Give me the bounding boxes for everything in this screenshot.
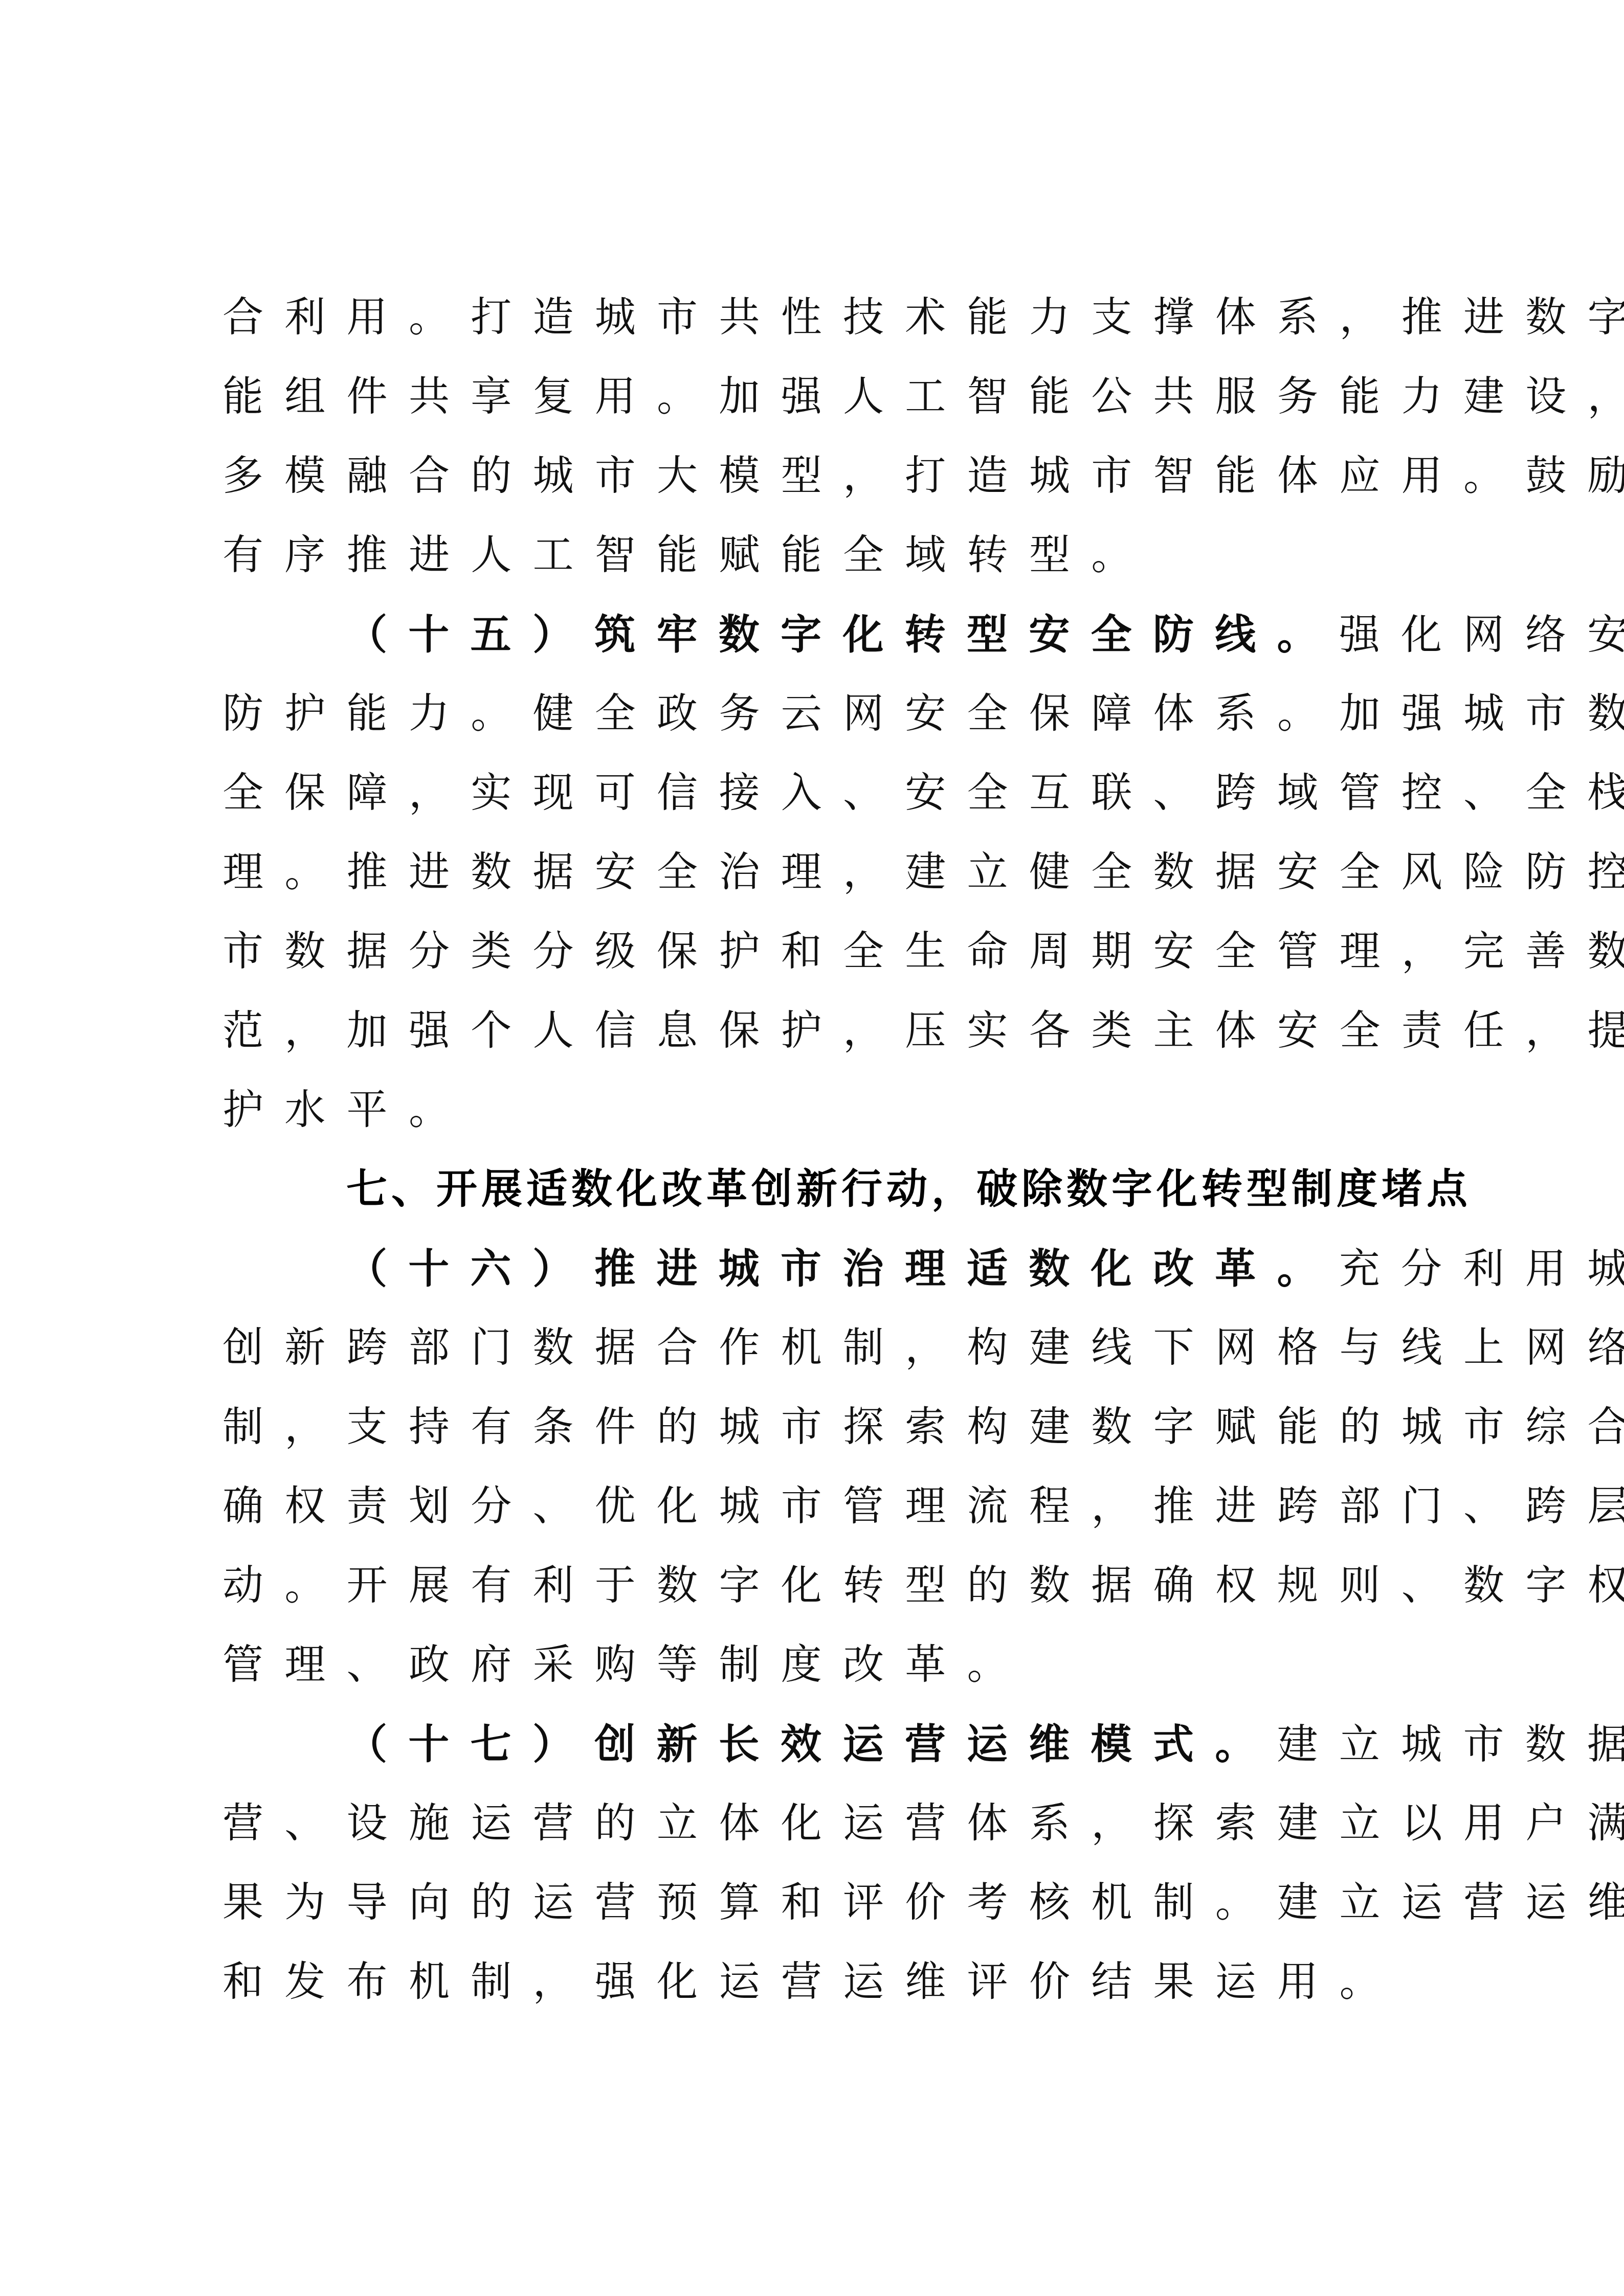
body-line: 确权责划分、优化城市管理流程，推进跨部门、跨层级高效协同联 [223,1480,1624,1532]
body-line: 创新跨部门数据合作机制，构建线下网格与线上网络联动协同机 [223,1322,1624,1373]
body-line: 动。开展有利于数字化转型的数据确权规则、数字权证应用、行政 [223,1560,1624,1611]
body-line: 合利用。打造城市共性技术能力支撑体系，推进数字孪生等共性功 [223,291,1624,343]
body-line: 和发布机制，强化运营运维评价结果运用。 [223,1956,1401,2007]
body-line: 能组件共享复用。加强人工智能公共服务能力建设，探索集约构建 [223,371,1624,422]
section-heading: 七、开展适数化改革创新行动，破除数字化转型制度堵点 [346,1163,1472,1214]
paragraph-lead-title: （十七）创新长效运营运维模式。 [346,1720,1277,1768]
paragraph-lead-title: （十五）筑牢数字化转型安全防线。 [346,610,1339,658]
body-line: 理。推进数据安全治理，建立健全数据安全风险防控体系，强化城 [223,846,1624,897]
body-line: 有序推进人工智能赋能全域转型。 [223,529,1153,580]
body-text: 建立城市数据运营、场景运 [1277,1720,1624,1768]
body-line: 护水平。 [223,1084,471,1135]
body-line: 全保障，实现可信接入、安全互联、跨域管控、全栈防护等安全管 [223,767,1624,818]
body-line: 管理、政府采购等制度改革。 [223,1639,1029,1690]
paragraph-first-line: （十七）创新长效运营运维模式。建立城市数据运营、场景运 [346,1718,1624,1769]
body-line: 多模融合的城市大模型，打造城市智能体应用。鼓励超大特大城市 [223,450,1624,501]
body-text: 充分利用城市智能中枢， [1339,1245,1624,1292]
body-line: 防护能力。健全政务云网安全保障体系。加强城市数据基础设施安 [223,688,1624,739]
body-line: 制，支持有条件的城市探索构建数字赋能的城市综合治理体制，明 [223,1401,1624,1452]
paragraph-first-line: （十五）筑牢数字化转型安全防线。强化网络安全、数据安全 [346,609,1624,660]
paragraph-first-line: （十六）推进城市治理适数化改革。充分利用城市智能中枢， [346,1243,1624,1294]
body-text: 强化网络安全、数据安全 [1339,611,1624,658]
body-line: 范，加强个人信息保护，压实各类主体安全责任，提升数据安全保 [223,1005,1624,1056]
body-line: 市数据分类分级保护和全生命周期安全管理，完善数据安全制度规 [223,926,1624,977]
document-page: 合利用。打造城市共性技术能力支撑体系，推进数字孪生等共性功 能组件共享复用。加强… [0,0,1624,2296]
body-line: 果为导向的运营预算和评价考核机制。建立运营运维评价动态反馈 [223,1877,1624,1928]
paragraph-lead-title: （十六）推进城市治理适数化改革。 [346,1244,1339,1292]
body-line: 营、设施运营的立体化运营体系，探索建立以用户满意度等应用效 [223,1797,1624,1849]
